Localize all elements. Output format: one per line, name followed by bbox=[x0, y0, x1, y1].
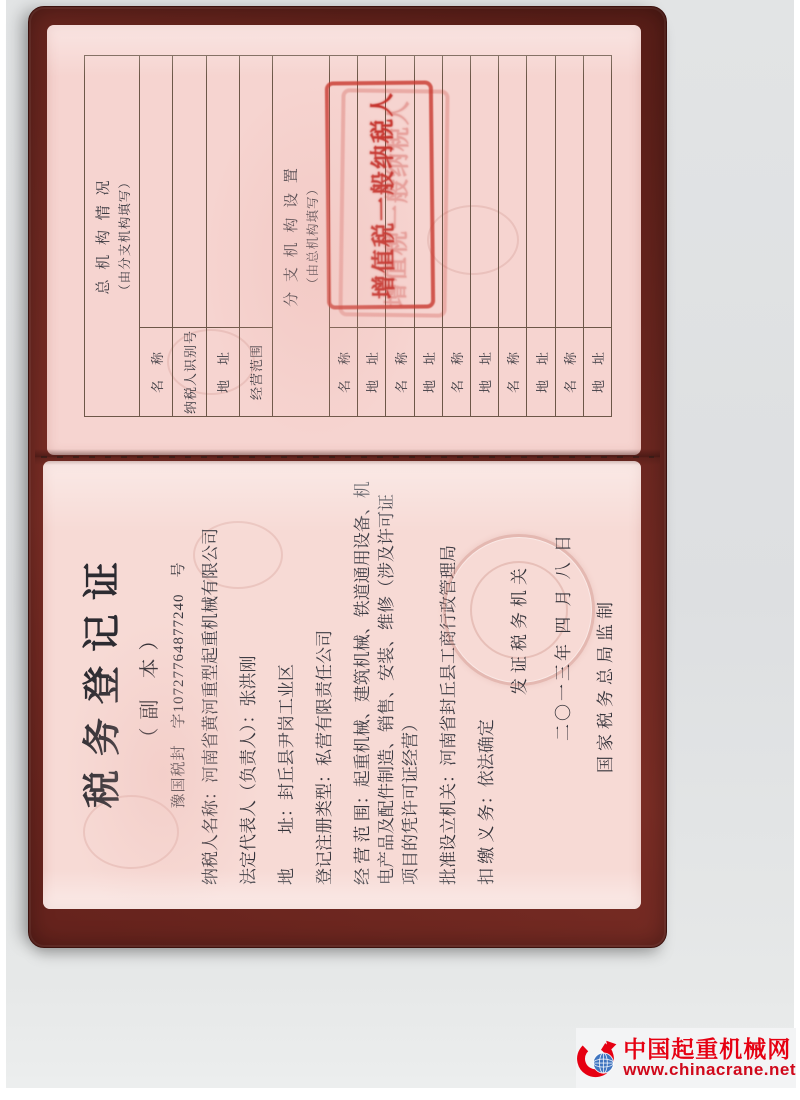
table-row: 名 称 bbox=[443, 56, 471, 416]
field-withholding-obligation: 扣 缴 义 务：依法确定 bbox=[475, 481, 499, 885]
branches-header: 分 支 机 构 设 置 （由总机构填写） bbox=[273, 56, 330, 416]
field-address: 地 址：封丘县尹岗工业区 bbox=[275, 481, 299, 885]
field-label: 批准设立机关： bbox=[439, 766, 458, 885]
branch-info-table: 总 机 构 情 况 （由分支机构填写） 名 称 纳税人识别号 地 址 经营范围 … bbox=[84, 55, 612, 417]
field-value: 张洪刚 bbox=[239, 656, 258, 707]
field-label: 经 营 范 围： bbox=[353, 787, 372, 885]
row-fill-cell bbox=[471, 56, 498, 327]
field-label: 扣 缴 义 务： bbox=[477, 787, 496, 885]
row-fill-cell bbox=[173, 56, 205, 327]
table-row: 名 称 bbox=[499, 56, 527, 416]
head-office-title: 总 机 构 情 况 bbox=[92, 178, 113, 295]
field-registration-type: 登记注册类型：私营有限责任公司 bbox=[313, 481, 337, 885]
table-row: 名 称 bbox=[386, 56, 414, 416]
row-fill-cell bbox=[386, 56, 413, 327]
table-row: 纳税人识别号 bbox=[173, 56, 206, 416]
field-label: 地 址： bbox=[277, 800, 296, 885]
row-fill-cell bbox=[330, 56, 357, 327]
row-fill-cell bbox=[527, 56, 554, 327]
certificate-main-page: 税务登记证 （副 本） 豫国税封 字10727764877240 号 纳税人名称… bbox=[43, 461, 641, 909]
row-label: 纳税人识别号 bbox=[173, 327, 205, 416]
field-business-scope: 经 营 范 围：起重机械、建筑机械、铁道通用设备、机电产品及配件制造、销售、安装… bbox=[351, 481, 423, 885]
field-taxpayer-name: 纳税人名称：河南省黄河重型起重机械有限公司 bbox=[199, 481, 223, 885]
watermark-site-name: 中国起重机械网 bbox=[623, 1037, 796, 1061]
certificate-footer: 国家税务总局监制 bbox=[591, 461, 616, 909]
row-label: 地 址 bbox=[584, 327, 611, 416]
row-fill-cell bbox=[499, 56, 526, 327]
table-row: 名 称 bbox=[556, 56, 584, 416]
row-fill-cell bbox=[240, 56, 272, 327]
issuing-authority-label: 发证税务机关 bbox=[505, 563, 530, 695]
head-office-subtitle: （由分支机构填写） bbox=[115, 175, 133, 297]
row-label: 经营范围 bbox=[240, 327, 272, 416]
certificate-subtitle: （副 本） bbox=[133, 461, 162, 909]
branches-title: 分 支 机 构 设 置 bbox=[280, 165, 301, 307]
issue-date: 二〇一三年 四 月 八 日 bbox=[549, 532, 574, 741]
row-label: 名 称 bbox=[386, 327, 413, 416]
field-label: 登记注册类型： bbox=[315, 766, 334, 885]
row-fill-cell bbox=[140, 56, 172, 327]
row-label: 名 称 bbox=[140, 327, 172, 416]
site-watermark: 中国起重机械网 www.chinacrane.net bbox=[576, 1028, 796, 1088]
field-legal-representative: 法定代表人（负责人）：张洪刚 bbox=[237, 481, 261, 885]
table-row: 地 址 bbox=[415, 56, 443, 416]
field-label: 法定代表人（负责人）： bbox=[239, 707, 258, 886]
branches-subtitle: （由总机构填写） bbox=[303, 182, 321, 290]
table-row: 地 址 bbox=[471, 56, 499, 416]
chinacrane-logo-icon bbox=[576, 1031, 619, 1085]
row-label: 地 址 bbox=[358, 327, 385, 416]
field-label: 纳税人名称： bbox=[201, 783, 220, 885]
field-value: 封丘县尹岗工业区 bbox=[277, 664, 296, 800]
watermark-site-url: www.chinacrane.net bbox=[623, 1061, 796, 1079]
field-value: 河南省封丘县工商行政管理局 bbox=[439, 545, 458, 766]
table-row: 名 称 bbox=[140, 56, 173, 416]
binding-stitches bbox=[41, 456, 654, 458]
row-fill-cell bbox=[415, 56, 442, 327]
field-value: 私营有限责任公司 bbox=[315, 630, 334, 766]
row-label: 地 址 bbox=[471, 327, 498, 416]
table-row: 地 址 bbox=[584, 56, 611, 416]
certificate-title: 税务登记证 bbox=[71, 461, 126, 909]
row-label: 名 称 bbox=[330, 327, 357, 416]
row-fill-cell bbox=[584, 56, 611, 327]
table-row: 名 称 bbox=[330, 56, 358, 416]
row-label: 名 称 bbox=[499, 327, 526, 416]
certificate-serial-number: 豫国税封 字10727764877240 号 bbox=[167, 461, 188, 909]
table-row: 地 址 bbox=[527, 56, 555, 416]
head-office-header: 总 机 构 情 况 （由分支机构填写） bbox=[85, 56, 140, 416]
certificate-booklet-cover: 税务登记证 （副 本） 豫国税封 字10727764877240 号 纳税人名称… bbox=[28, 6, 667, 948]
table-row: 地 址 bbox=[207, 56, 240, 416]
field-value: 河南省黄河重型起重机械有限公司 bbox=[201, 528, 220, 783]
row-label: 地 址 bbox=[415, 327, 442, 416]
table-row: 经营范围 bbox=[240, 56, 273, 416]
field-value: 依法确定 bbox=[477, 719, 496, 787]
certificate-booklet-wrap: 税务登记证 （副 本） 豫国税封 字10727764877240 号 纳税人名称… bbox=[28, 8, 665, 948]
certificate-back-page: 总 机 构 情 况 （由分支机构填写） 名 称 纳税人识别号 地 址 经营范围 … bbox=[47, 25, 641, 455]
row-label: 名 称 bbox=[443, 327, 470, 416]
table-row: 地 址 bbox=[358, 56, 386, 416]
certificate-fields: 纳税人名称：河南省黄河重型起重机械有限公司 法定代表人（负责人）：张洪刚 地 址… bbox=[199, 481, 513, 885]
field-approving-authority: 批准设立机关：河南省封丘县工商行政管理局 bbox=[437, 481, 461, 885]
row-fill-cell bbox=[443, 56, 470, 327]
row-fill-cell bbox=[207, 56, 239, 327]
row-fill-cell bbox=[358, 56, 385, 327]
row-label: 地 址 bbox=[527, 327, 554, 416]
row-fill-cell bbox=[556, 56, 583, 327]
watermark-text: 中国起重机械网 www.chinacrane.net bbox=[623, 1037, 796, 1079]
row-label: 名 称 bbox=[556, 327, 583, 416]
row-label: 地 址 bbox=[207, 327, 239, 416]
